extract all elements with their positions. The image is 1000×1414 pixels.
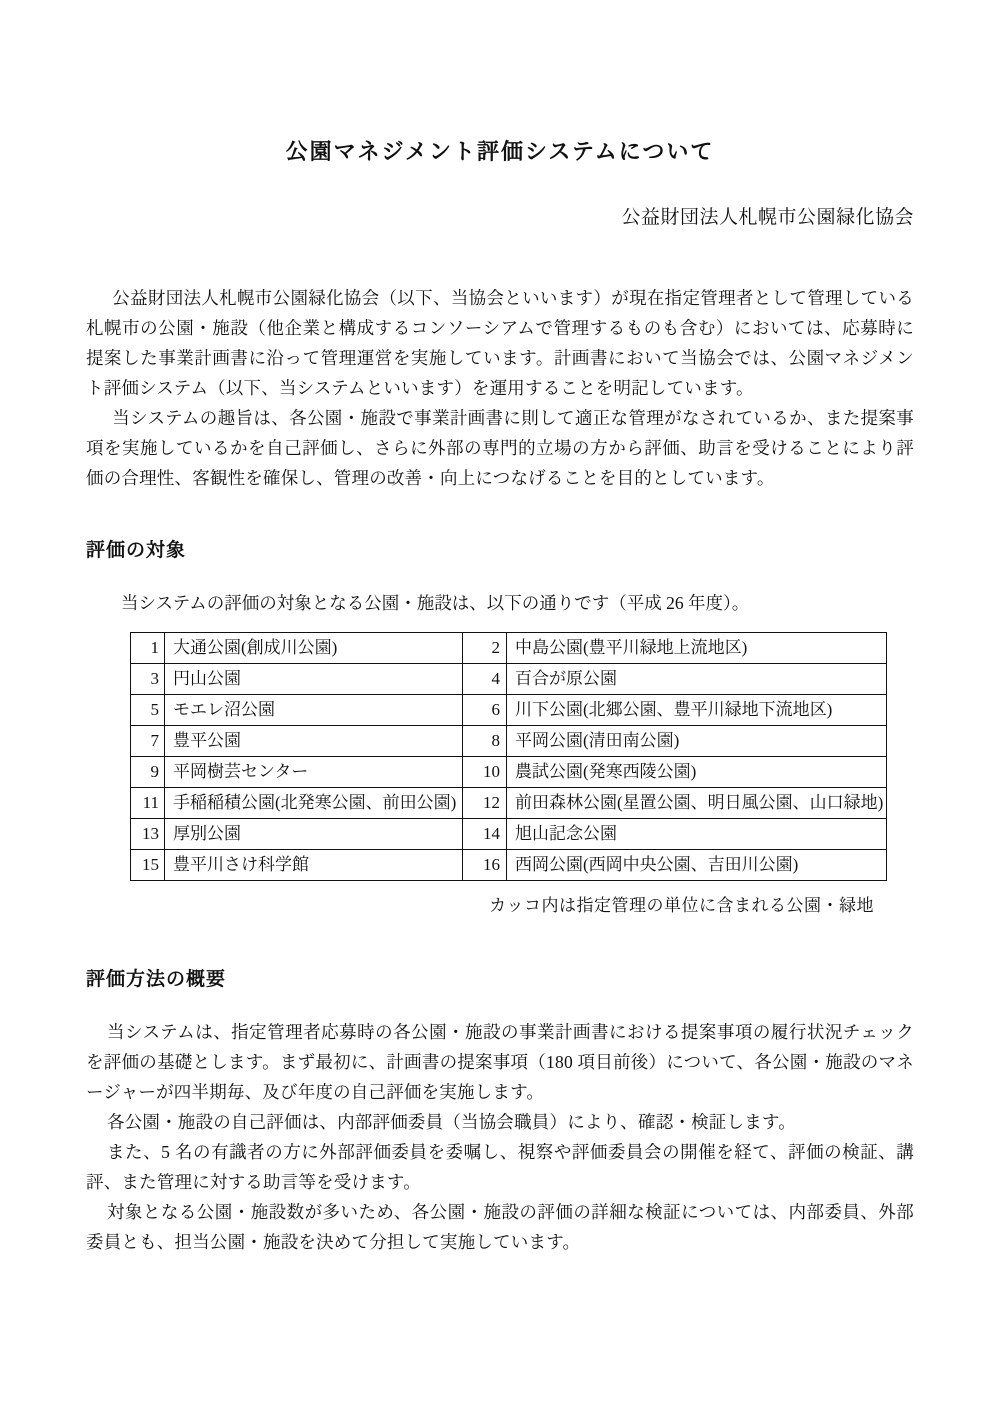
park-name: 川下公園(北郷公園、豊平川緑地下流地区) <box>507 695 887 726</box>
document-page: 公園マネジメント評価システムについて 公益財団法人札幌市公園緑化協会 公益財団法… <box>0 0 1000 1414</box>
table-row: 11手稲稲積公園(北発寒公園、前田公園)12前田森林公園(星置公園、明日風公園、… <box>131 788 887 819</box>
evaluation-target-lead: 当システムの評価の対象となる公園・施設は、以下の通りです（平成 26 年度）。 <box>86 588 914 618</box>
table-caption: カッコ内は指定管理の単位に含まれる公園・緑地 <box>86 891 874 916</box>
park-name: 円山公園 <box>165 664 463 695</box>
table-row: 13厚別公園14旭山記念公園 <box>131 819 887 850</box>
intro-section: 公益財団法人札幌市公園緑化協会（以下、当協会といいます）が現在指定管理者として管… <box>86 283 914 493</box>
method-paragraph-1: 当システムは、指定管理者応募時の各公園・施設の事業計画書における提案事項の履行状… <box>86 1017 914 1107</box>
park-number: 12 <box>463 788 507 819</box>
park-name: 百合が原公園 <box>507 664 887 695</box>
method-paragraph-2: 各公園・施設の自己評価は、内部評価委員（当協会職員）により、確認・検証します。 <box>86 1107 914 1137</box>
park-name: 平岡公園(清田南公園) <box>507 726 887 757</box>
table-row: 1大通公園(創成川公園)2中島公園(豊平川緑地上流地区) <box>131 633 887 664</box>
method-paragraph-4: 対象となる公園・施設数が多いため、各公園・施設の評価の詳細な検証については、内部… <box>86 1197 914 1257</box>
section-heading-evaluation-method: 評価方法の概要 <box>86 964 914 991</box>
park-number: 16 <box>463 850 507 881</box>
document-title: 公園マネジメント評価システムについて <box>86 135 914 166</box>
park-number: 15 <box>131 850 165 881</box>
park-name: 手稲稲積公園(北発寒公園、前田公園) <box>165 788 463 819</box>
park-number: 14 <box>463 819 507 850</box>
intro-paragraph-1: 公益財団法人札幌市公園緑化協会（以下、当協会といいます）が現在指定管理者として管… <box>86 283 914 403</box>
park-number: 11 <box>131 788 165 819</box>
park-number: 5 <box>131 695 165 726</box>
park-number: 10 <box>463 757 507 788</box>
table-row: 9平岡樹芸センター10農試公園(発寒西陵公園) <box>131 757 887 788</box>
park-name: 農試公園(発寒西陵公園) <box>507 757 887 788</box>
park-number: 8 <box>463 726 507 757</box>
park-number: 13 <box>131 819 165 850</box>
park-number: 4 <box>463 664 507 695</box>
park-name: モエレ沼公園 <box>165 695 463 726</box>
evaluation-method-section: 当システムは、指定管理者応募時の各公園・施設の事業計画書における提案事項の履行状… <box>86 1017 914 1257</box>
table-row: 3円山公園4百合が原公園 <box>131 664 887 695</box>
table-row: 5モエレ沼公園6川下公園(北郷公園、豊平川緑地下流地区) <box>131 695 887 726</box>
park-name: 豊平公園 <box>165 726 463 757</box>
park-list-table: 1大通公園(創成川公園)2中島公園(豊平川緑地上流地区)3円山公園4百合が原公園… <box>130 632 887 881</box>
author-organization: 公益財団法人札幌市公園緑化協会 <box>86 202 914 229</box>
table-row: 7豊平公園8平岡公園(清田南公園) <box>131 726 887 757</box>
park-number: 7 <box>131 726 165 757</box>
park-number: 1 <box>131 633 165 664</box>
section-heading-evaluation-target: 評価の対象 <box>86 535 914 562</box>
park-name: 中島公園(豊平川緑地上流地区) <box>507 633 887 664</box>
intro-paragraph-2: 当システムの趣旨は、各公園・施設で事業計画書に則して適正な管理がなされているか、… <box>86 403 914 493</box>
park-name: 平岡樹芸センター <box>165 757 463 788</box>
park-name: 西岡公園(西岡中央公園、吉田川公園) <box>507 850 887 881</box>
park-number: 3 <box>131 664 165 695</box>
park-number: 2 <box>463 633 507 664</box>
park-name: 大通公園(創成川公園) <box>165 633 463 664</box>
park-table-body: 1大通公園(創成川公園)2中島公園(豊平川緑地上流地区)3円山公園4百合が原公園… <box>131 633 887 881</box>
park-number: 6 <box>463 695 507 726</box>
park-name: 前田森林公園(星置公園、明日風公園、山口緑地) <box>507 788 887 819</box>
table-row: 15豊平川さけ科学館16西岡公園(西岡中央公園、吉田川公園) <box>131 850 887 881</box>
park-name: 厚別公園 <box>165 819 463 850</box>
park-number: 9 <box>131 757 165 788</box>
park-name: 旭山記念公園 <box>507 819 887 850</box>
park-name: 豊平川さけ科学館 <box>165 850 463 881</box>
method-paragraph-3: また、5 名の有識者の方に外部評価委員を委嘱し、視察や評価委員会の開催を経て、評… <box>86 1137 914 1197</box>
